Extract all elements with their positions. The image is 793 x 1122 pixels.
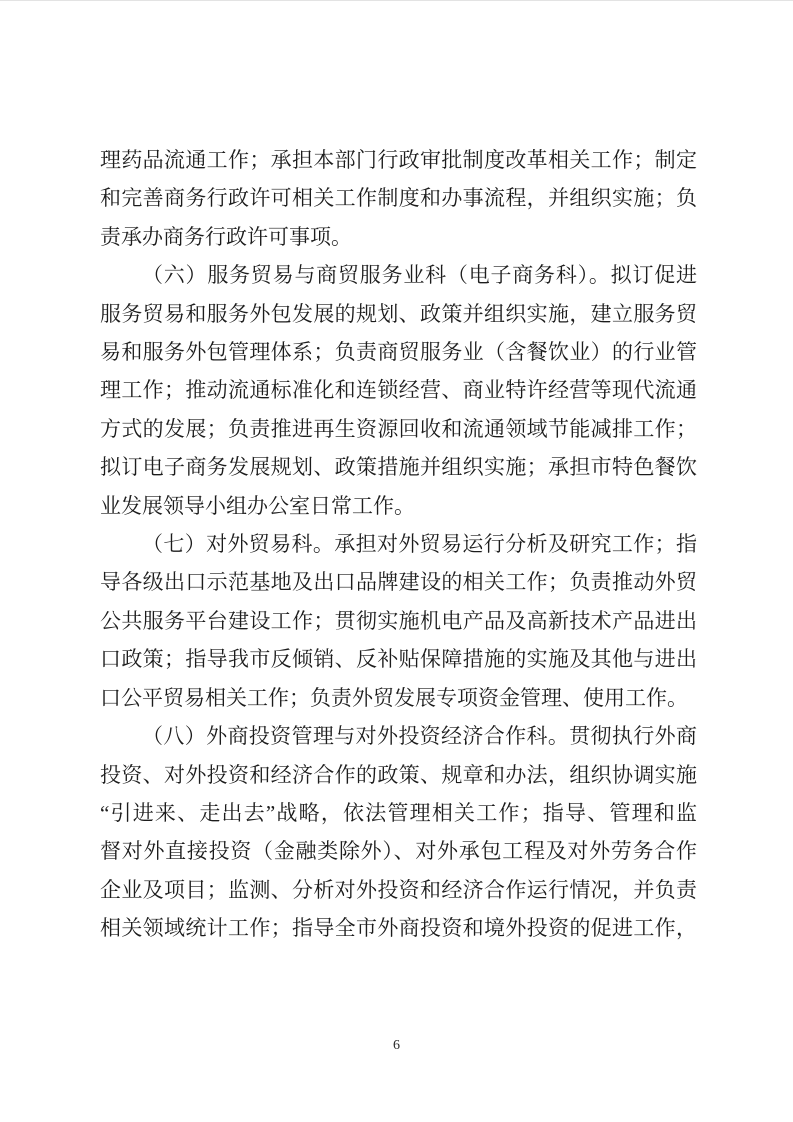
text-line: 口公平贸易相关工作；负责外贸发展专项资金管理、使用工作。: [100, 679, 697, 717]
text-line: （八）外商投资管理与对外投资经济合作科。贯彻执行外商: [100, 717, 697, 755]
text-line: 和完善商务行政许可相关工作制度和办事流程，并组织实施；负: [100, 179, 697, 217]
text-line: 公共服务平台建设工作；贯彻实施机电产品及高新技术产品进出: [100, 602, 697, 640]
text-line: 责承办商务行政许可事项。: [100, 218, 697, 256]
text-line: 企业及项目；监测、分析对外投资和经济合作运行情况，并负责: [100, 871, 697, 909]
page-number: 6: [393, 1038, 400, 1053]
page-top-edge: [0, 0, 793, 1]
text-line: 相关领域统计工作；指导全市外商投资和境外投资的促进工作，: [100, 909, 697, 947]
text-line: “引进来、走出去”战略，依法管理相关工作；指导、管理和监: [100, 794, 697, 832]
text-line: 理药品流通工作；承担本部门行政审批制度改革相关工作；制定: [100, 141, 697, 179]
text-line: 易和服务外包管理体系；负责商贸服务业（含餐饮业）的行业管: [100, 333, 697, 371]
page-footer: 6: [0, 1036, 793, 1056]
text-line: 投资、对外投资和经济合作的政策、规章和办法，组织协调实施: [100, 756, 697, 794]
text-line: 口政策；指导我市反倾销、反补贴保障措施的实施及其他与进出: [100, 640, 697, 678]
text-line: （七）对外贸易科。承担对外贸易运行分析及研究工作；指: [100, 525, 697, 563]
text-line: 拟订电子商务发展规划、政策措施并组织实施；承担市特色餐饮: [100, 448, 697, 486]
text-block: 理药品流通工作；承担本部门行政审批制度改革相关工作；制定和完善商务行政许可相关工…: [100, 141, 697, 948]
text-line: 导各级出口示范基地及出口品牌建设的相关工作；负责推动外贸: [100, 563, 697, 601]
text-line: 理工作；推动流通标准化和连锁经营、商业特许经营等现代流通: [100, 371, 697, 409]
text-line: 服务贸易和服务外包发展的规划、政策并组织实施，建立服务贸: [100, 295, 697, 333]
text-line: 方式的发展；负责推进再生资源回收和流通领域节能减排工作；: [100, 410, 697, 448]
text-line: （六）服务贸易与商贸服务业科（电子商务科）。拟订促进: [100, 256, 697, 294]
text-line: 业发展领导小组办公室日常工作。: [100, 487, 697, 525]
text-line: 督对外直接投资（金融类除外）、对外承包工程及对外劳务合作: [100, 832, 697, 870]
